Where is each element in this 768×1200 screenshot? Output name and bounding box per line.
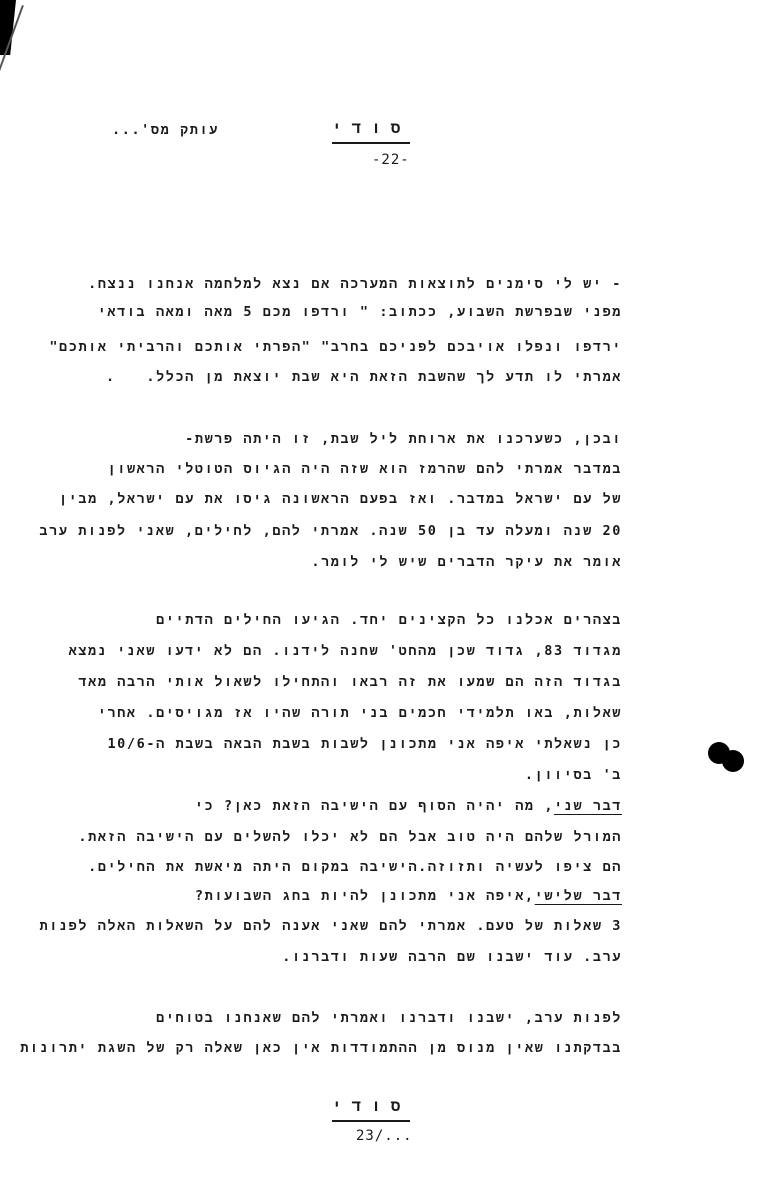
underlined-heading: דבר שני xyxy=(554,798,622,814)
text-line: ב' בסיוון. xyxy=(525,765,622,785)
text-line: אומר את עיקר הדברים שיש לי לומר. xyxy=(311,552,622,572)
text-line: המורל שלהם היה טוב אבל הם לא יכלו להשלים… xyxy=(78,827,622,847)
text-line: 3 שאלות של טעם. אמרתי להם שאני אענה להם … xyxy=(40,916,622,936)
page-number: -22- xyxy=(372,152,410,168)
copy-number-label: עותק מס'... xyxy=(112,120,219,140)
text-line: מגדוד 83, גדוד שכן מהחט' שחנה לידנו. הם … xyxy=(69,641,622,661)
underlined-heading: דבר שלישי xyxy=(535,888,622,904)
text-line: לפנות ערב, ישבנו ודברנו ואמרתי להם שאנחנ… xyxy=(156,1008,622,1028)
classification-footer: סודי xyxy=(332,1096,410,1118)
document-page: סודי עותק מס'... -22- - יש לי סימנים לתו… xyxy=(0,0,768,1200)
text-line: אמרתי לו תדע לך שהשבת הזאת היא שבת יוצאת… xyxy=(146,367,622,387)
text-line: ירדפו ונפלו אויבכם לפניכם בחרב" "הפרתי א… xyxy=(49,337,622,357)
text-line: מפני שבפרשת השבוע, ככתוב: " ורדפו מכם 5 … xyxy=(98,302,622,322)
text-line: כן נשאלתי איפה אני מתכונן לשבות בשבת הבא… xyxy=(107,734,622,754)
text-line: בצהרים אכלנו כל הקצינים יחד. הגיעו החילי… xyxy=(156,610,622,630)
text-line: שאלות, באו תלמידי חכמים בני תורה שהיו אז… xyxy=(98,703,622,723)
classification-header: סודי xyxy=(332,118,410,140)
text-line: ובכן, כשערכנו את ארוחת ליל שבת, זו היתה … xyxy=(185,429,622,449)
text-line: - יש לי סימנים לתוצאות המערכה אם נצא למל… xyxy=(88,274,622,294)
next-page-marker: 23/... xyxy=(356,1128,413,1144)
text-line-second-item: דבר שני, מה יהיה הסוף עם הישיבה הזאת כאן… xyxy=(195,796,622,816)
text-line: בגדוד הזה הם שמעו את זה רבאו והתחילו לשא… xyxy=(78,672,622,692)
text-line: בבדקתנו שאין מנוס מן ההתמודדות אין כאן ש… xyxy=(20,1038,622,1058)
stray-dot: . xyxy=(106,367,116,387)
ink-blot xyxy=(722,750,744,772)
text-line: של עם ישראל במדבר. ואז בפעם הראשונה גיסו… xyxy=(59,489,622,509)
text-line: ערב. עוד ישבנו שם הרבה שעות ודברנו. xyxy=(282,947,622,967)
text-line-third-item: דבר שלישי,איפה אני מתכונן להיות בחג השבו… xyxy=(195,886,622,906)
text-line: 20 שנה ומעלה עד בן 50 שנה. אמרתי להם, לח… xyxy=(39,521,622,541)
text-line: הם ציפו לעשיה ותזוזה.הישיבה במקום היתה מ… xyxy=(88,857,622,877)
text-line: במדבר אמרתי להם שהרמז הוא שזה היה הגיוס … xyxy=(108,459,622,479)
